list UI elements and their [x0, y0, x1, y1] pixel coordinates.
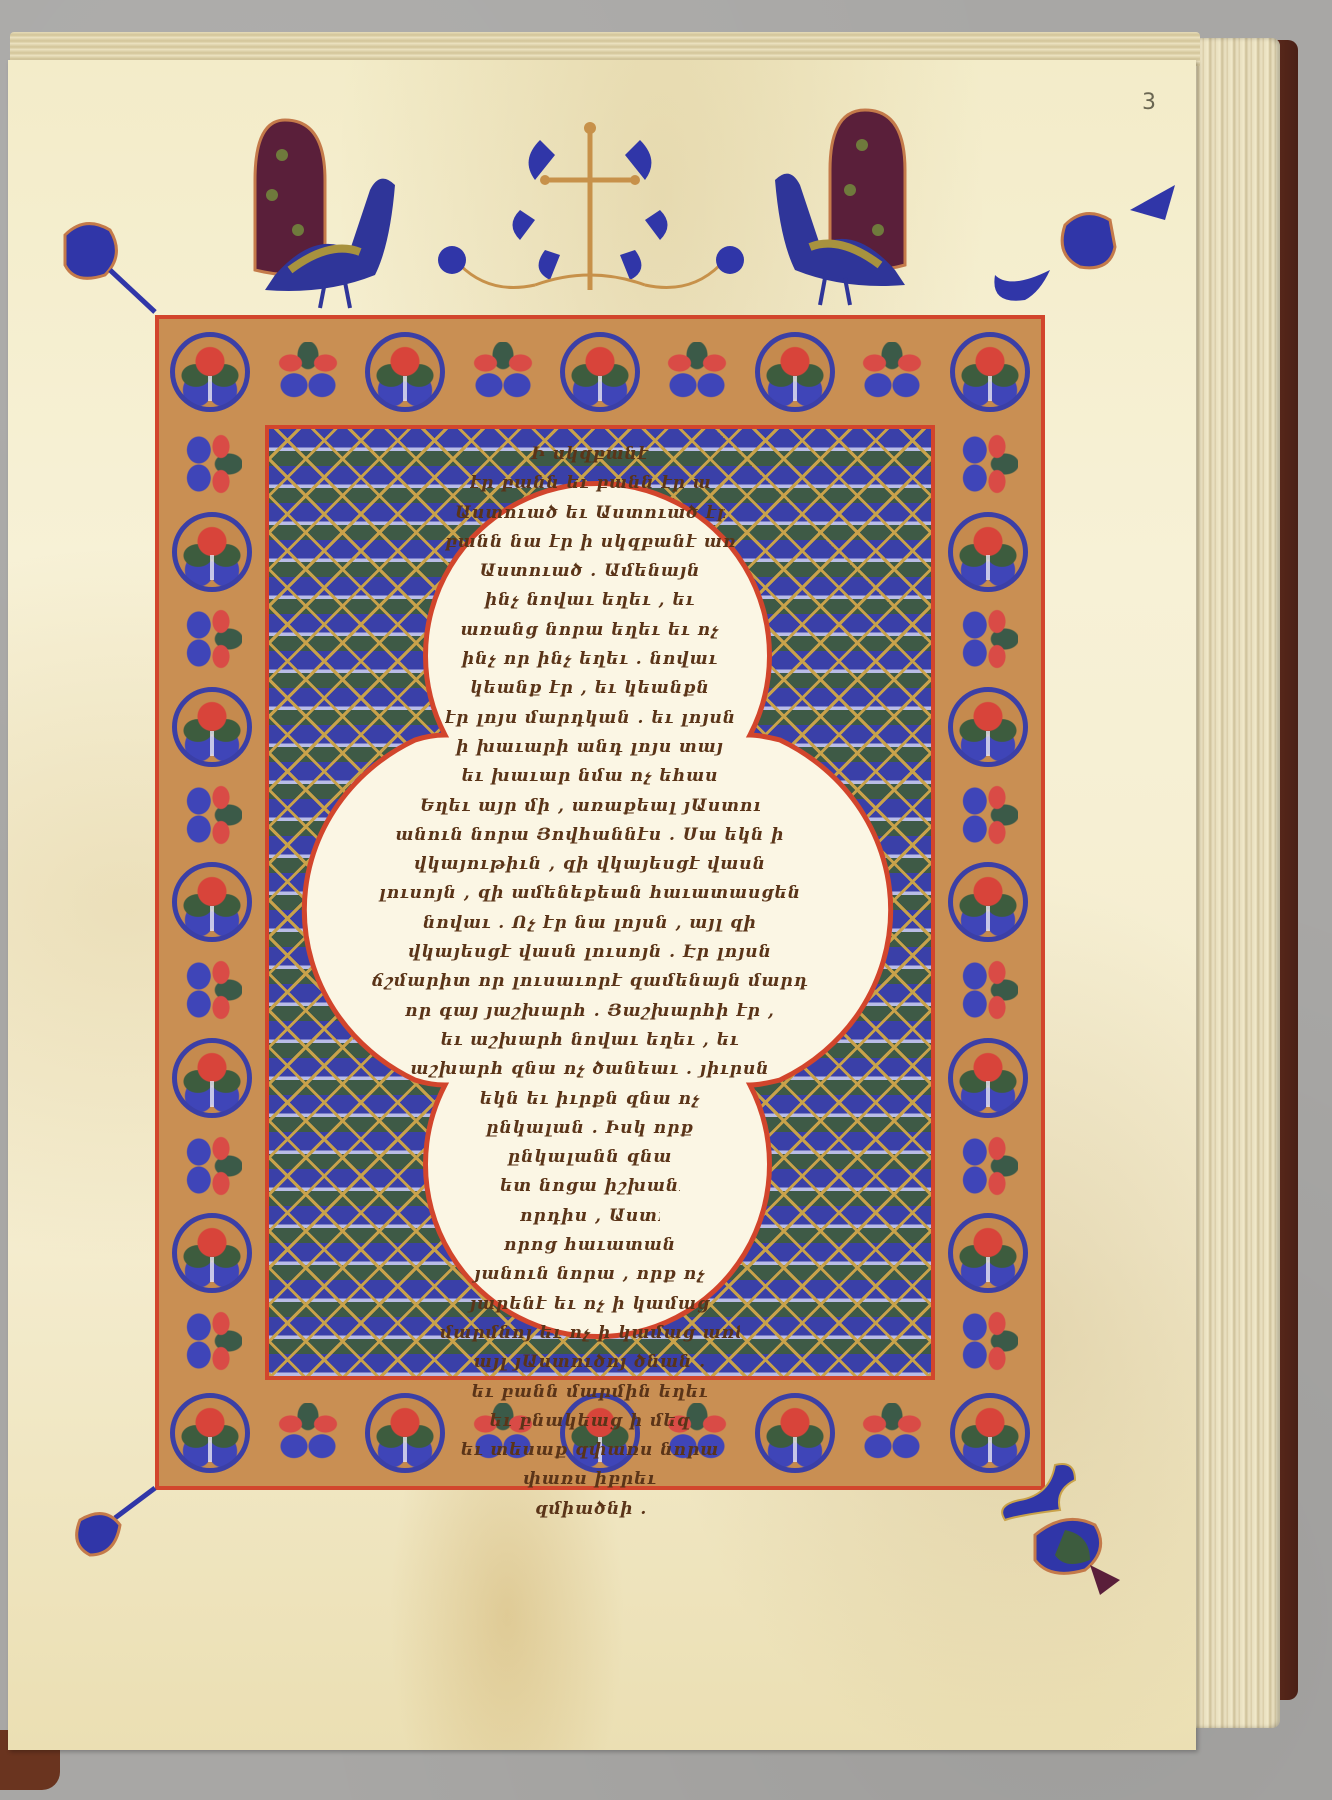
- medallion-icon: [948, 687, 1028, 767]
- flower-sprig-icon: [958, 604, 1018, 674]
- text-line: փառս իբրեւ: [470, 1465, 710, 1494]
- medallion-icon: [170, 332, 250, 412]
- text-line: եկն եւ իւրքն զնա ոչ: [320, 1085, 860, 1114]
- corner-finial-top-right-icon: [994, 185, 1175, 301]
- text-line: Աստուած եւ Աստուած էր: [455, 499, 725, 528]
- text-line: էր բանն եւ բանն էր առ: [470, 469, 710, 498]
- flower-sprig-icon: [182, 780, 242, 850]
- text-line: այլ յԱստուծոյ ծնան .: [435, 1348, 745, 1377]
- text-line: բանն նա էր ի սկզբանէ առ: [445, 528, 735, 557]
- text-line: ետ նոցա իշխանութիւն: [500, 1172, 680, 1201]
- frame-band-right: [935, 425, 1041, 1380]
- text-line: մարմնոյ եւ ոչ ի կամաց առն: [440, 1319, 740, 1348]
- flower-sprig-icon: [958, 780, 1018, 850]
- text-line: ընկալանն զնա: [400, 1143, 780, 1172]
- corner-finial-bottom-right-icon: [975, 1455, 1145, 1595]
- medallion-icon: [948, 1213, 1028, 1293]
- text-line: Ի սկզբանէ: [530, 440, 650, 469]
- text-line: Եղեւ այր մի , առաքեալ յԱստուծոյ: [420, 792, 760, 821]
- flower-sprig-icon: [958, 429, 1018, 499]
- text-line: կեանք էր , եւ կեանքն: [440, 674, 740, 703]
- text-line: եւ բանն մարմին եղեւ: [435, 1378, 745, 1407]
- text-line: լուսոյն , զի ամենեքեան հաւատասցեն: [305, 879, 875, 908]
- peacock-right-icon: [775, 110, 905, 305]
- flower-sprig-icon: [958, 1131, 1018, 1201]
- text-line: ինչ որ ինչ եղեւ . նովաւ: [435, 645, 745, 674]
- medallion-icon: [172, 512, 252, 592]
- flower-sprig-icon: [182, 429, 242, 499]
- flower-sprig-icon: [182, 955, 242, 1025]
- flower-sprig-icon: [958, 955, 1018, 1025]
- peacock-left-icon: [255, 120, 395, 308]
- text-line: նովաւ . Ոչ էր նա լոյսն , այլ զի: [290, 909, 890, 938]
- medallion-icon: [948, 512, 1028, 592]
- text-line: առանց նորա եղեւ եւ ոչ: [435, 616, 745, 645]
- medallion-icon: [950, 332, 1030, 412]
- text-line: ինչ նովաւ եղեւ , եւ: [435, 586, 745, 615]
- text-line: եւ խաւար նմա ոչ եհաս: [460, 762, 720, 791]
- text-line: եւ բնակեաց ի մեզ: [440, 1407, 740, 1436]
- flower-sprig-icon: [857, 342, 927, 402]
- text-line: էր լոյս մարդկան . եւ լոյսն: [445, 704, 735, 733]
- corner-finial-bottom-left-icon: [60, 1480, 170, 1570]
- flower-sprig-icon: [182, 1131, 242, 1201]
- medallion-icon: [755, 332, 835, 412]
- text-line: ի խաւարի անդ լոյս տայ: [450, 733, 730, 762]
- text-line: որ գայ յաշխարհ . Յաշխարհի էր ,: [280, 997, 900, 1026]
- text-line: անուն նորա Յովհաննէս . Սա եկն ի: [355, 821, 825, 850]
- flower-sprig-icon: [273, 342, 343, 402]
- flower-sprig-icon: [182, 604, 242, 674]
- text-line: եւ աշխարհ նովաւ եղեւ , եւ: [285, 1026, 895, 1055]
- medallion-icon: [172, 687, 252, 767]
- headpiece-ornament: [50, 100, 1200, 330]
- frame-band-left: [159, 425, 265, 1380]
- jeweled-cross-icon: [438, 122, 744, 290]
- medallion-icon: [365, 332, 445, 412]
- gospel-text: Ի սկզբանէ էր բանն եւ բանն էր առ Աստուած …: [270, 440, 910, 1524]
- text-line: Աստուած . Ամենայն: [440, 557, 740, 586]
- medallion-icon: [948, 862, 1028, 942]
- text-line: աշխարհ զնա ոչ ծանեաւ . յիւրսն: [295, 1055, 885, 1084]
- text-line: ճշմարիտ որ լուսաւորէ զամենայն մարդ: [280, 967, 900, 996]
- text-line: վկայութիւն , զի վկայեսցէ վասն: [325, 850, 855, 879]
- text-line: որդիս , Աստուծոյ լինել: [520, 1202, 660, 1231]
- flower-sprig-icon: [182, 1306, 242, 1376]
- medallion-icon: [560, 332, 640, 412]
- text-line: յանուն նորա , որք ոչ: [465, 1260, 715, 1289]
- flower-sprig-icon: [468, 342, 538, 402]
- medallion-icon: [170, 1393, 250, 1473]
- medallion-icon: [172, 862, 252, 942]
- text-line: յարենէ եւ ոչ ի կամաց: [455, 1290, 725, 1319]
- corner-finial-top-left-icon: [65, 224, 155, 312]
- text-line: զմիածնի .: [535, 1495, 645, 1524]
- flower-sprig-icon: [958, 1306, 1018, 1376]
- flower-sprig-icon: [662, 342, 732, 402]
- text-line: վկայեսցէ վասն լուսոյն . Էր լոյսն: [285, 938, 895, 967]
- medallion-icon: [172, 1213, 252, 1293]
- frame-band-top: [159, 319, 1041, 425]
- text-line: որոց հաւատան: [475, 1231, 705, 1260]
- medallion-icon: [172, 1038, 252, 1118]
- medallion-icon: [948, 1038, 1028, 1118]
- text-line: ընկալան . Իսկ որք: [350, 1114, 830, 1143]
- text-line: եւ տեսաք զփառս նորա: [455, 1436, 725, 1465]
